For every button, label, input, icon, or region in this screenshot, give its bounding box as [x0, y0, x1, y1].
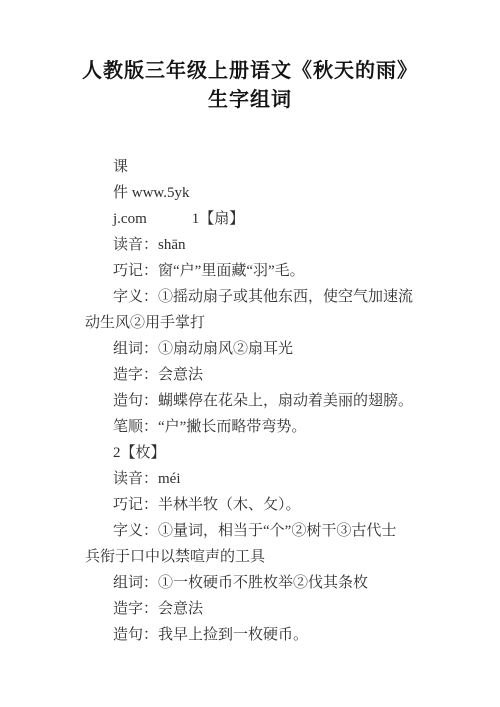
doc-line: j.com 1【扇】 [85, 206, 424, 232]
page-title: 人教版三年级上册语文《秋天的雨》 生字组词 [0, 0, 500, 115]
doc-line: 兵衔于口中以禁喧声的工具 [85, 544, 424, 570]
doc-line: 组词：①一枚硬币不胜枚举②伐其条枚 [85, 570, 424, 596]
doc-line: 件 www.5yk [85, 180, 424, 206]
doc-line: 读音：méi [85, 466, 424, 492]
doc-line: 读音：shān [85, 232, 424, 258]
doc-line: 笔顺：“户”撇长而略带弯势。 [85, 414, 424, 440]
page-title-line-1: 人教版三年级上册语文《秋天的雨》 [0, 57, 500, 86]
doc-line: 字义：①摇动扇子或其他东西，使空气加速流 [85, 284, 424, 310]
doc-line: 造句：蝴蝶停在花朵上，扇动着美丽的翅膀。 [85, 388, 424, 414]
doc-line: 造字：会意法 [85, 596, 424, 622]
doc-line: 组词：①扇动扇风②扇耳光 [85, 336, 424, 362]
doc-line: 造字：会意法 [85, 362, 424, 388]
document-page: 人教版三年级上册语文《秋天的雨》 生字组词 课 件 www.5yk j.com … [0, 0, 500, 707]
document-body: 课 件 www.5yk j.com 1【扇】 读音：shān 巧记：窗“户”里面… [0, 154, 500, 648]
doc-line: 2【枚】 [85, 440, 424, 466]
doc-line: 课 [85, 154, 424, 180]
doc-line: 动生风②用手掌打 [85, 310, 424, 336]
doc-line: 巧记：半林半牧（木、攵）。 [85, 492, 424, 518]
doc-line: 巧记：窗“户”里面藏“羽”毛。 [85, 258, 424, 284]
page-title-line-2: 生字组词 [0, 86, 500, 115]
doc-line: 字义：①量词，相当于“个”②树干③古代士 [85, 518, 424, 544]
doc-line: 造句：我早上捡到一枚硬币。 [85, 622, 424, 648]
